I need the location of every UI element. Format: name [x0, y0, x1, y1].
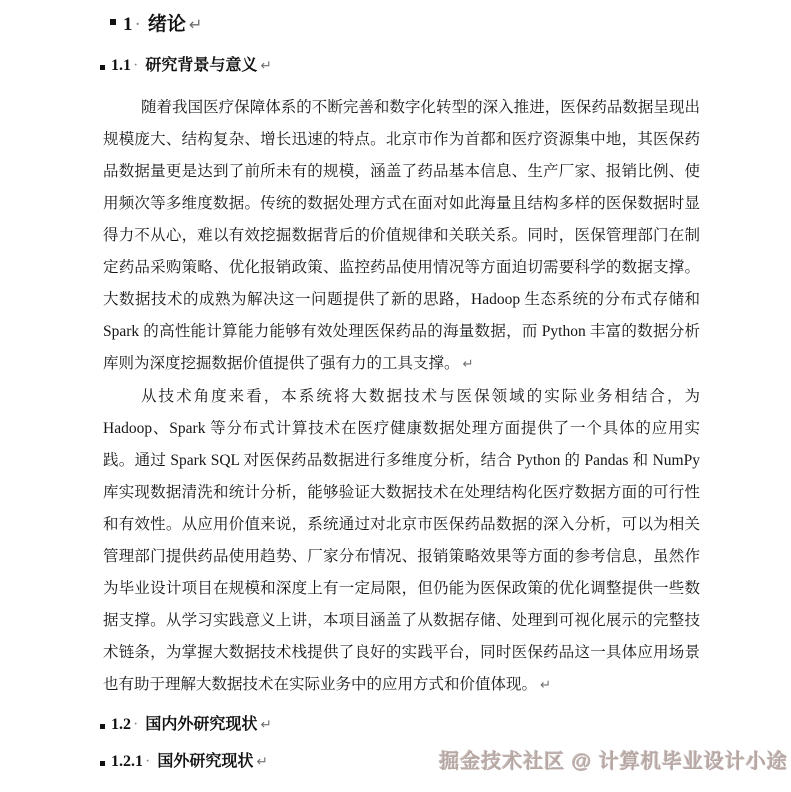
- keep-with-next-marker-icon: [100, 65, 105, 70]
- paragraph-2: 从技术角度来看，本系统将大数据技术与医保领域的实际业务相结合，为 Hadoop、…: [103, 381, 700, 702]
- heading-section-1-1: 1.1·研究背景与意义↵: [100, 55, 272, 77]
- keep-with-next-marker-icon: [100, 724, 105, 729]
- paragraph-1: 随着我国医疗保障体系的不断完善和数字化转型的深入推进，医保药品数据呈现出规模庞大…: [103, 92, 700, 381]
- paragraph-mark-icon: ↵: [463, 357, 474, 372]
- paragraph-mark-icon: ↵: [256, 754, 267, 770]
- heading-number: 1.2: [111, 716, 131, 733]
- heading-section-1-2: 1.2·国内外研究现状↵: [100, 714, 272, 736]
- paragraph-2-text: 从技术角度来看，本系统将大数据技术与医保领域的实际业务相结合，为 Hadoop、…: [103, 388, 700, 693]
- heading-section-1-2-1: 1.2.1·国外研究现状↵: [100, 751, 268, 773]
- paragraph-1-text: 随着我国医疗保障体系的不断完善和数字化转型的深入推进，医保药品数据呈现出规模庞大…: [103, 99, 700, 372]
- space-formatting-mark: ·: [135, 14, 141, 35]
- heading-title: 绪论: [148, 14, 186, 35]
- space-formatting-mark: ·: [145, 753, 150, 770]
- heading-number: 1: [123, 14, 133, 35]
- document-page: 1·绪论↵ 1.1·研究背景与意义↵ 随着我国医疗保障体系的不断完善和数字化转型…: [0, 0, 791, 792]
- heading-title: 国内外研究现状: [145, 716, 257, 733]
- heading-number: 1.2.1: [111, 753, 143, 770]
- heading-number: 1.1: [111, 57, 131, 74]
- space-formatting-mark: ·: [133, 716, 138, 733]
- paragraph-mark-icon: ↵: [260, 717, 271, 733]
- keep-with-next-marker-icon: [110, 19, 116, 25]
- heading-title: 国外研究现状: [157, 753, 253, 770]
- paragraph-mark-icon: ↵: [260, 58, 271, 74]
- heading-chapter-1: 1·绪论↵: [110, 12, 202, 38]
- keep-with-next-marker-icon: [100, 761, 105, 766]
- watermark-text: 掘金技术社区 @ 计算机毕业设计小途: [439, 745, 788, 774]
- body-text: 随着我国医疗保障体系的不断完善和数字化转型的深入推进，医保药品数据呈现出规模庞大…: [103, 92, 700, 702]
- space-formatting-mark: ·: [133, 57, 138, 74]
- paragraph-mark-icon: ↵: [540, 678, 551, 693]
- paragraph-mark-icon: ↵: [189, 15, 203, 34]
- heading-title: 研究背景与意义: [145, 57, 257, 74]
